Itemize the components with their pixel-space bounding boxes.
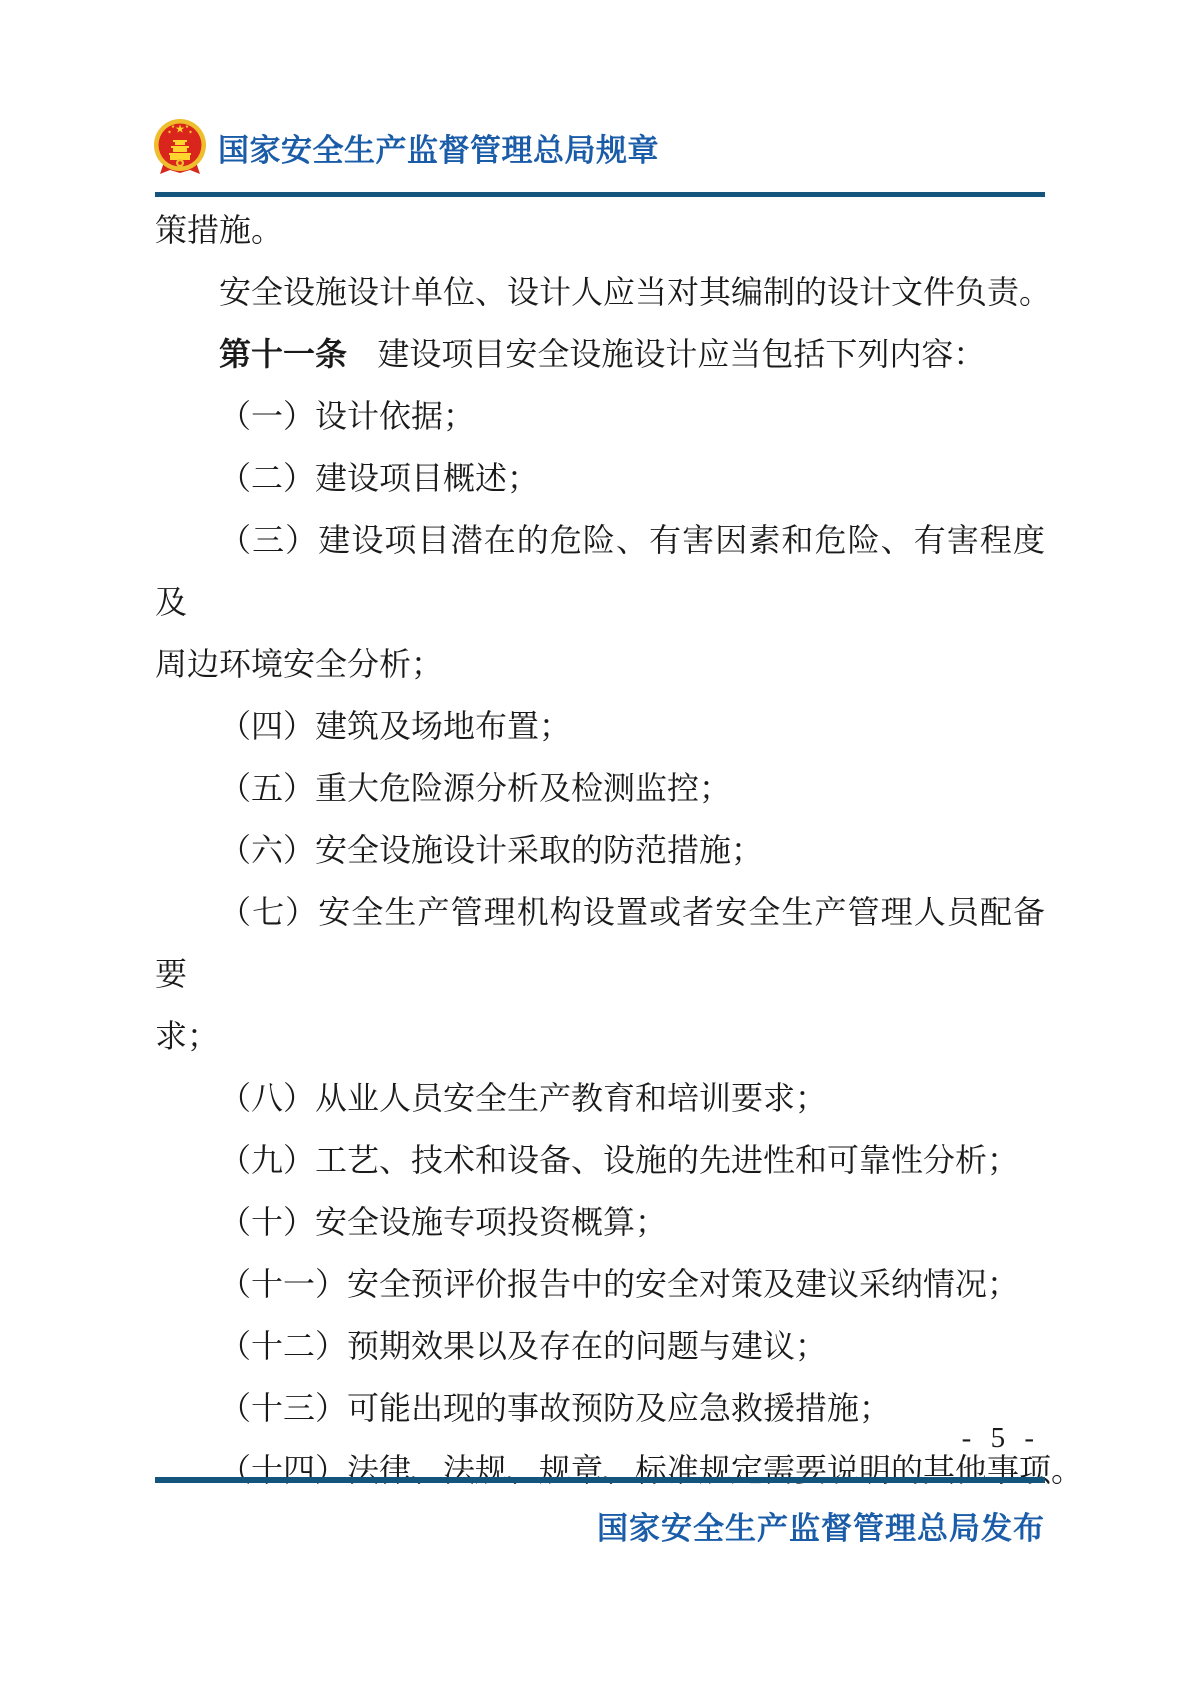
document-line-item-12: （十二）预期效果以及存在的问题与建议； <box>155 1315 1045 1377</box>
document-line-item-4: （四）建筑及场地布置； <box>155 695 1045 757</box>
article-number: 第十一条 <box>219 336 347 372</box>
page-header: 国家安全生产监督管理总局规章 <box>150 116 1045 178</box>
document-line-item-9: （九）工艺、技术和设备、设施的先进性和可靠性分析； <box>155 1129 1045 1191</box>
document-body: 策措施。 安全设施设计单位、设计人应当对其编制的设计文件负责。 第十一条建设项目… <box>155 199 1045 1501</box>
document-line-article-11: 第十一条建设项目安全设施设计应当包括下列内容： <box>155 323 1045 385</box>
document-line-item-3: （三）建设项目潜在的危险、有害因素和危险、有害程度及 <box>155 509 1045 633</box>
china-national-emblem-icon <box>150 116 210 178</box>
document-line-item-1: （一）设计依据； <box>155 385 1045 447</box>
document-line-item-8: （八）从业人员安全生产教育和培训要求； <box>155 1067 1045 1129</box>
document-line: 策措施。 <box>155 199 1045 261</box>
document-line-item-10: （十）安全设施专项投资概算； <box>155 1191 1045 1253</box>
document-line-item-11: （十一）安全预评价报告中的安全对策及建议采纳情况； <box>155 1253 1045 1315</box>
footer-rule <box>155 1477 1045 1483</box>
document-line-item-3-cont: 周边环境安全分析； <box>155 633 1045 695</box>
document-line-item-13: （十三）可能出现的事故预防及应急救援措施； <box>155 1377 1045 1439</box>
header-rule <box>155 192 1045 197</box>
article-text: 建设项目安全设施设计应当包括下列内容： <box>377 336 985 372</box>
document-line: 安全设施设计单位、设计人应当对其编制的设计文件负责。 <box>155 261 1045 323</box>
footer-publisher: 国家安全生产监督管理总局发布 <box>597 1503 1045 1548</box>
page-number: - 5 - <box>962 1422 1040 1455</box>
document-line-item-6: （六）安全设施设计采取的防范措施； <box>155 819 1045 881</box>
page-header-title: 国家安全生产监督管理总局规章 <box>218 125 659 170</box>
document-line-item-14: （十四）法律、法规、规章、标准规定需要说明的其他事项。 <box>155 1439 1045 1501</box>
document-line-item-5: （五）重大危险源分析及检测监控； <box>155 757 1045 819</box>
document-line-item-7-cont: 求； <box>155 1005 1045 1067</box>
document-page: 国家安全生产监督管理总局规章 策措施。 安全设施设计单位、设计人应当对其编制的设… <box>0 0 1190 1683</box>
document-line-item-2: （二）建设项目概述； <box>155 447 1045 509</box>
document-line-item-7: （七）安全生产管理机构设置或者安全生产管理人员配备要 <box>155 881 1045 1005</box>
